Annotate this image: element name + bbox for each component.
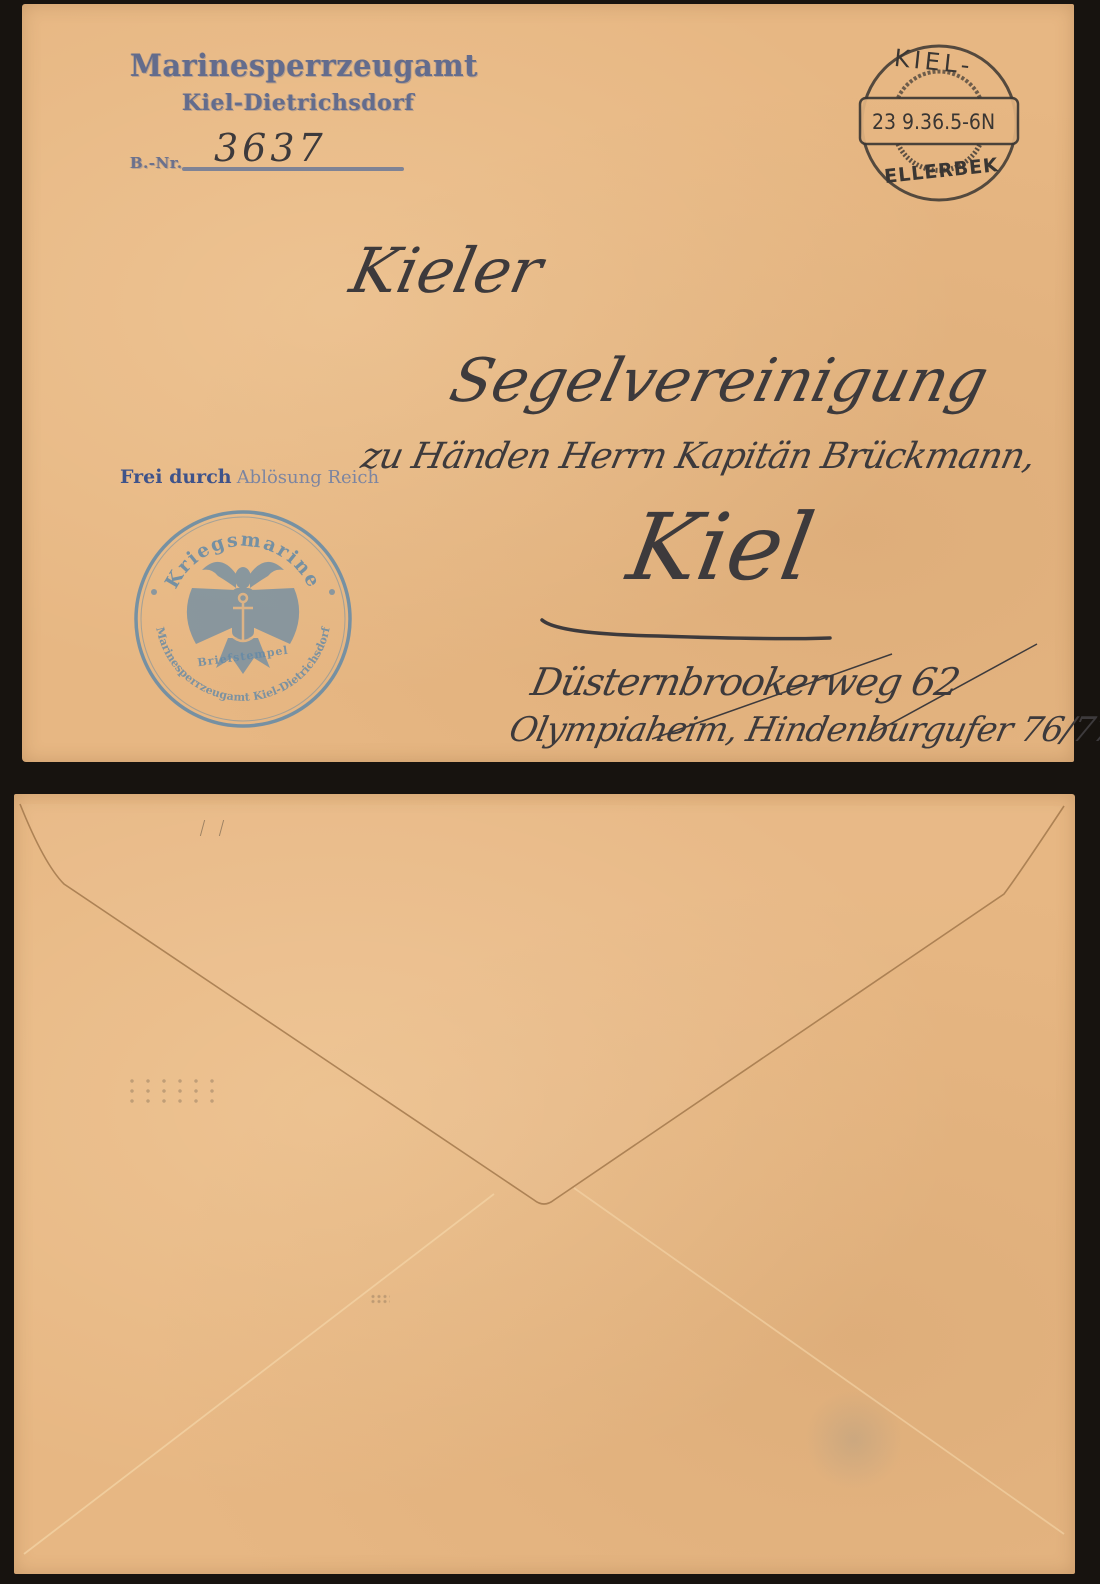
seal-ring-icon: Kriegsmarine Marinesperrzeugamt Kiel-Die… — [132, 508, 354, 730]
franking-note-light: Ablösung Reich — [237, 467, 379, 488]
franking-note-bold: Frei durch — [120, 466, 232, 488]
postmark-date: 23 9.36.5-6N — [872, 110, 995, 134]
address-line1: Kieler — [344, 234, 549, 307]
envelope-back — [14, 794, 1075, 1574]
reference-number: 3637 — [214, 126, 327, 170]
sender-stamp-line2: Kiel-Dietrichsdorf — [182, 90, 414, 116]
envelope-front: Marinesperrzeugamt Kiel-Dietrichsdorf B.… — [22, 4, 1074, 762]
official-seal: Kriegsmarine Marinesperrzeugamt Kiel-Die… — [132, 508, 354, 730]
postmark: KIEL- 23 9.36.5-6N ELLERBEK — [858, 42, 1020, 204]
sender-stamp-ref-label: B.-Nr. — [130, 154, 183, 172]
faint-stamp-bottom-right — [804, 1390, 904, 1490]
address-city: Kiel — [621, 494, 822, 601]
address-line3: zu Händen Herrn Kapitän Brückmann, — [358, 436, 1039, 477]
address-line2: Segelvereinigung — [443, 346, 995, 416]
franking-note: Frei durch Ablösung Reich — [120, 466, 379, 488]
sender-stamp-line1: Marinesperrzeugamt — [130, 48, 478, 84]
address-street-new: Olympiaheim, Hindenburgufer 76/77. — [506, 710, 1100, 750]
faint-mark-center — [370, 1294, 390, 1304]
faint-stamp-left — [124, 1076, 224, 1106]
envelope-flap-lines — [14, 794, 1075, 1574]
pencil-marks-top — [200, 820, 224, 836]
